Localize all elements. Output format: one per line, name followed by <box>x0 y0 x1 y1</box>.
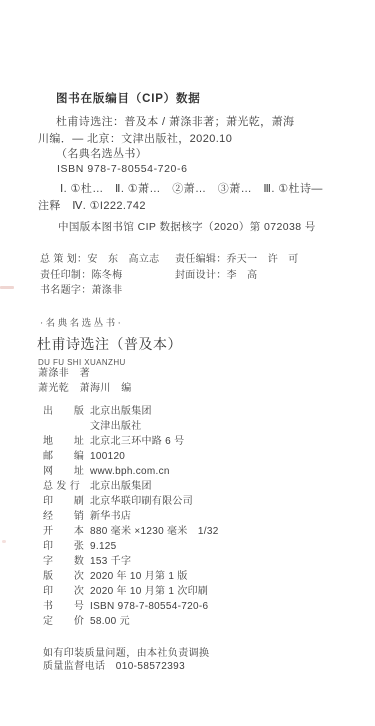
pub-value: 北京华联印刷有限公司 <box>90 494 193 509</box>
pub-label: 定 价 <box>43 614 88 629</box>
pub-row-publisher-2: 文津出版社 <box>43 419 219 434</box>
pub-label: 地 址 <box>43 434 88 449</box>
pub-row-sheets: 印 张9.125 <box>43 539 219 554</box>
credit-responsible-editor: 责任编辑：乔天一 许 可 <box>175 253 299 266</box>
pub-row-impression: 印 次2020 年 10 月第 1 次印刷 <box>43 584 219 599</box>
pub-label: 印 张 <box>43 539 88 554</box>
pub-row-format: 开 本880 毫米 ×1230 毫米 1/32 <box>43 524 219 539</box>
publication-info: 出 版北京出版集团 文津出版社 地 址北京北三环中路 6 号 邮 编100120… <box>43 404 219 629</box>
scan-artifact-speck <box>2 540 6 543</box>
quality-hotline: 质量监督电话 010-58572393 <box>43 660 185 673</box>
cip-classification-line-2: 注释 Ⅳ. ①I222.742 <box>38 200 146 213</box>
pub-label: 网 址 <box>43 464 88 479</box>
pub-label: 书 号 <box>43 599 88 614</box>
credit-chief-planner: 总 策 划：安 东 高立志 <box>40 253 159 266</box>
pub-label: 出 版 <box>43 404 88 419</box>
cip-bibliographic-line-2: 川编．— 北京：文津出版社，2020.10 <box>38 133 232 146</box>
cip-series-note: （名典名选丛书） <box>56 148 147 161</box>
pub-label: 印 刷 <box>43 494 88 509</box>
copyright-page: 图书在版编目（CIP）数据 杜甫诗选注：普及本 / 萧涤非著；萧光乾，萧海 川编… <box>0 0 375 726</box>
quality-notice: 如有印装质量问题，由本社负责调换 <box>43 647 209 660</box>
cip-heading: 图书在版编目（CIP）数据 <box>56 93 201 106</box>
cip-isbn: ISBN 978-7-80554-720-6 <box>57 163 188 176</box>
credit-title-calligraphy: 书名题字：萧涤非 <box>40 284 122 297</box>
pub-label: 总 发 行 <box>43 479 88 494</box>
pub-value: 880 毫米 ×1230 毫米 1/32 <box>90 524 219 539</box>
scan-artifact-dash <box>0 286 14 289</box>
pub-value: 北京出版集团 <box>90 404 152 419</box>
cip-classification-line-1: Ⅰ. ①杜… Ⅱ. ①萧… ②萧… ③萧… Ⅲ. ①杜诗— <box>60 183 323 196</box>
pub-value: 58.00 元 <box>90 614 130 629</box>
book-title: 杜甫诗选注（普及本） <box>37 338 182 351</box>
pub-row-word-count: 字 数153 千字 <box>43 554 219 569</box>
pub-label: 版 次 <box>43 569 88 584</box>
pub-row-isbn: 书 号ISBN 978-7-80554-720-6 <box>43 599 219 614</box>
pub-row-website: 网 址www.bph.com.cn <box>43 464 219 479</box>
pub-value: 9.125 <box>90 539 117 554</box>
pub-value: 2020 年 10 月第 1 版 <box>90 569 188 584</box>
pub-label: 印 次 <box>43 584 88 599</box>
pub-value: 153 千字 <box>90 554 131 569</box>
pub-row-edition: 版 次2020 年 10 月第 1 版 <box>43 569 219 584</box>
pub-row-distributor: 总 发 行北京出版集团 <box>43 479 219 494</box>
pub-row-price: 定 价58.00 元 <box>43 614 219 629</box>
pub-value: 北京北三环中路 6 号 <box>90 434 184 449</box>
pub-label: 开 本 <box>43 524 88 539</box>
pub-row-seller: 经 销新华书店 <box>43 509 219 524</box>
pub-value: 100120 <box>90 449 125 464</box>
credit-cover-designer: 封面设计：李 高 <box>175 269 257 282</box>
pub-row-printer: 印 刷北京华联印刷有限公司 <box>43 494 219 509</box>
pub-label: 经 销 <box>43 509 88 524</box>
book-editors: 萧光乾 萧海川 编 <box>38 382 132 395</box>
pub-label: 邮 编 <box>43 449 88 464</box>
pub-value: ISBN 978-7-80554-720-6 <box>90 599 208 614</box>
pub-value: 文津出版社 <box>90 419 142 434</box>
pub-label: 字 数 <box>43 554 88 569</box>
credit-print-supervisor: 责任印制：陈冬梅 <box>40 269 122 282</box>
pub-value: 北京出版集团 <box>90 479 152 494</box>
pub-value: www.bph.com.cn <box>90 464 170 479</box>
pub-row-publisher: 出 版北京出版集团 <box>43 404 219 419</box>
pub-value: 2020 年 10 月第 1 次印刷 <box>90 584 208 599</box>
cip-bibliographic-line-1: 杜甫诗选注：普及本 / 萧涤非著；萧光乾，萧海 <box>56 116 294 129</box>
cip-record-number: 中国版本图书馆 CIP 数据核字（2020）第 072038 号 <box>58 221 316 234</box>
pub-row-postcode: 邮 编100120 <box>43 449 219 464</box>
pub-value: 新华书店 <box>90 509 131 524</box>
book-author: 萧涤非 著 <box>38 367 90 380</box>
pub-row-address: 地 址北京北三环中路 6 号 <box>43 434 219 449</box>
series-label: ·名典名选丛书· <box>40 318 123 331</box>
